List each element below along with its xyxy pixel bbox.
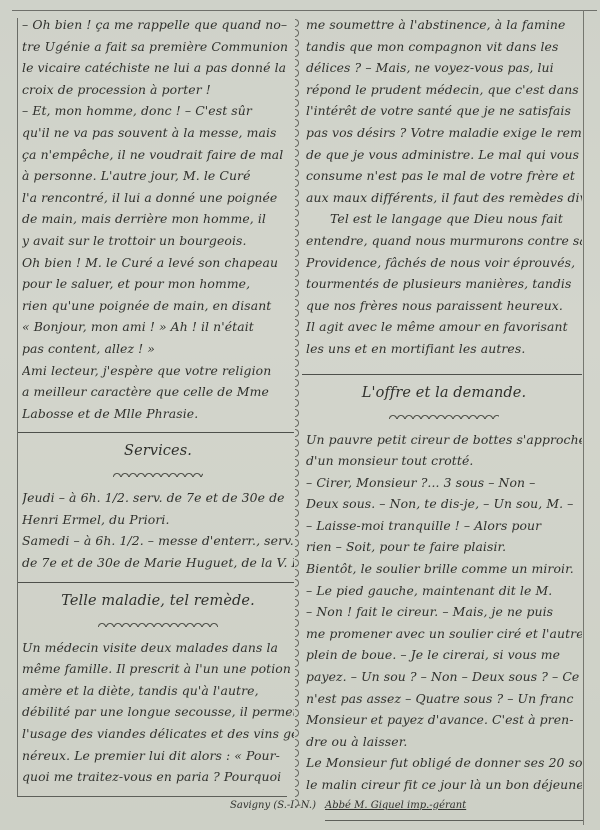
text-line: que nos frères nous paraissent heureux.: [306, 295, 582, 317]
text-line: aux maux différents, il faut des remèdes…: [306, 187, 582, 209]
text-line: d'un monsieur tout crotté.: [306, 450, 582, 472]
service-line: Jeudi – à 6h. 1/2. serv. de 7e et de 30e…: [22, 487, 294, 509]
services-heading: Services.: [22, 439, 294, 463]
text-line: Bientôt, le soulier brille comme un miro…: [306, 558, 582, 580]
text-line: « Bonjour, mon ami ! » Ah ! il n'était: [22, 316, 294, 338]
dialogue-paragraph: – Oh bien ! ça me rappelle que quand no–…: [22, 14, 294, 360]
right-border-rule: [583, 10, 584, 825]
text-line: Oh bien ! M. le Curé a levé son chapeau: [22, 252, 294, 274]
service-line: de 7e et de 30e de Marie Huguet, de la V…: [22, 552, 294, 574]
text-line: – Et, mon homme, donc ! – C'est sûr: [22, 100, 294, 122]
text-line: Un pauvre petit cireur de bottes s'appro…: [306, 429, 582, 451]
text-line: a meilleur caractère que celle de Mme: [22, 381, 294, 403]
text-line: Ami lecteur, j'espère que votre religion: [22, 360, 294, 382]
text-line: de main, mais derrière mon homme, il: [22, 208, 294, 230]
text-line: Le Monsieur fut obligé de donner ses 20 …: [306, 752, 582, 774]
heading-flourish: [98, 621, 218, 627]
services-section: Services. Jeudi – à 6h. 1/2. serv. de 7e…: [22, 439, 294, 573]
text-line: délices ? – Mais, ne voyez-vous pas, lui: [306, 57, 582, 79]
offre-demande-heading: L'offre et la demande.: [306, 381, 582, 405]
text-line: ça n'empêche, il ne voudrait faire de ma…: [22, 144, 294, 166]
text-line: – Le pied gauche, maintenant dit le M.: [306, 580, 582, 602]
text-line: Labosse et de Mlle Phrasie.: [22, 403, 294, 425]
text-line: me promener avec un soulier ciré et l'au…: [306, 623, 582, 645]
text-line: même famille. Il prescrit à l'un une pot…: [22, 658, 294, 680]
service-line: Henri Ermel, du Priori.: [22, 509, 294, 531]
text-line: quoi me traitez-vous en paria ? Pourquoi: [22, 766, 294, 788]
text-line: rien qu'une poignée de main, en disant: [22, 295, 294, 317]
text-line: amère et la diète, tandis qu'à l'autre,: [22, 680, 294, 702]
right-column: me soumettre à l'abstinence, à la famine…: [306, 14, 582, 796]
text-line: qu'il ne va pas souvent à la messe, mais: [22, 122, 294, 144]
text-line: le malin cireur fit ce jour là un bon dé…: [306, 774, 582, 796]
text-line: pour le saluer, et pour mon homme,: [22, 273, 294, 295]
top-border-rule: [12, 10, 597, 11]
left-column: – Oh bien ! ça me rappelle que quand no–…: [22, 14, 294, 788]
text-line: rien – Soit, pour te faire plaisir.: [306, 536, 582, 558]
column-divider-wavy: [295, 18, 305, 808]
text-line: Monsieur et payez d'avance. C'est à pren…: [306, 709, 582, 731]
text-line: répond le prudent médecin, que c'est dan…: [306, 79, 582, 101]
printer-location: Savigny (S.-I.-N.): [230, 800, 316, 811]
bottom-rule-left: [17, 796, 287, 797]
text-line: tourmentés de plusieurs manières, tandis: [306, 273, 582, 295]
telle-maladie-heading: Telle maladie, tel remède.: [22, 589, 294, 613]
text-line: – Laisse-moi tranquille ! – Alors pour: [306, 515, 582, 537]
text-line: pas vos désirs ? Votre maladie exige le …: [306, 122, 582, 144]
text-line: Il agit avec le même amour en favorisant: [306, 316, 582, 338]
text-line: de que je vous administre. Le mal qui vo…: [306, 144, 582, 166]
text-line: néreux. Le premier lui dit alors : « Pou…: [22, 745, 294, 767]
text-line: me soumettre à l'abstinence, à la famine: [306, 14, 582, 36]
text-line: tandis que mon compagnon vit dans les: [306, 36, 582, 58]
text-line: le vicaire catéchiste ne lui a pas donné…: [22, 57, 294, 79]
text-line: – Cirer, Monsieur ?... 3 sous – Non –: [306, 472, 582, 494]
continued-paragraph: me soumettre à l'abstinence, à la famine…: [306, 14, 582, 208]
offre-demande-section: L'offre et la demande. Un pauvre petit c…: [306, 381, 582, 796]
text-line: l'intérêt de votre santé que je ne satis…: [306, 100, 582, 122]
text-line: entendre, quand nous murmurons contre sa: [306, 230, 582, 252]
telle-maladie-section: Telle maladie, tel remède. Un médecin vi…: [22, 589, 294, 788]
text-line: à personne. L'autre jour, M. le Curé: [22, 165, 294, 187]
section-divider: [302, 374, 582, 375]
text-line: les uns et en mortifiant les autres.: [306, 338, 582, 360]
text-line: Deux sous. – Non, te dis-je, – Un sou, M…: [306, 493, 582, 515]
text-line: – Oh bien ! ça me rappelle que quand no–: [22, 14, 294, 36]
text-line: Un médecin visite deux malades dans la: [22, 637, 294, 659]
text-line: Providence, fâchés de nous voir éprouvés…: [306, 252, 582, 274]
section-divider: [18, 432, 294, 433]
text-line: – Non ! fait le cireur. – Mais, je ne pu…: [306, 601, 582, 623]
text-line: y avait sur le trottoir un bourgeois.: [22, 230, 294, 252]
text-line: pas content, allez ! »: [22, 338, 294, 360]
left-border-rule: [17, 18, 18, 796]
text-line: débilité par une longue secousse, il per…: [22, 701, 294, 723]
bottom-rule-right: [325, 820, 583, 821]
text-line: l'a rencontré, il lui a donné une poigné…: [22, 187, 294, 209]
service-line: Samedi – à 6h. 1/2. – messe d'enterr., s…: [22, 530, 294, 552]
text-line: tre Ugénie a fait sa première Communion: [22, 36, 294, 58]
text-line: l'usage des viandes délicates et des vin…: [22, 723, 294, 745]
text-line: plein de boue. – Je le cirerai, si vous …: [306, 644, 582, 666]
text-line: payez. – Un sou ? – Non – Deux sous ? – …: [306, 666, 582, 688]
moral-paragraph: Tel est le langage que Dieu nous fait en…: [306, 208, 582, 359]
closing-paragraph: Ami lecteur, j'espère que votre religion…: [22, 360, 294, 425]
text-line: n'est pas assez – Quatre sous ? – Un fra…: [306, 688, 582, 710]
text-line: Tel est le langage que Dieu nous fait: [306, 208, 582, 230]
text-line: consume n'est pas le mal de votre frère …: [306, 165, 582, 187]
publisher-credit: Abbé M. Giquel imp.-gérant: [325, 800, 466, 811]
section-divider: [18, 582, 294, 583]
heading-flourish: [389, 413, 499, 419]
text-line: dre ou à laisser.: [306, 731, 582, 753]
newsletter-page: – Oh bien ! ça me rappelle que quand no–…: [0, 0, 600, 830]
text-line: croix de procession à porter !: [22, 79, 294, 101]
heading-flourish: [113, 471, 203, 477]
